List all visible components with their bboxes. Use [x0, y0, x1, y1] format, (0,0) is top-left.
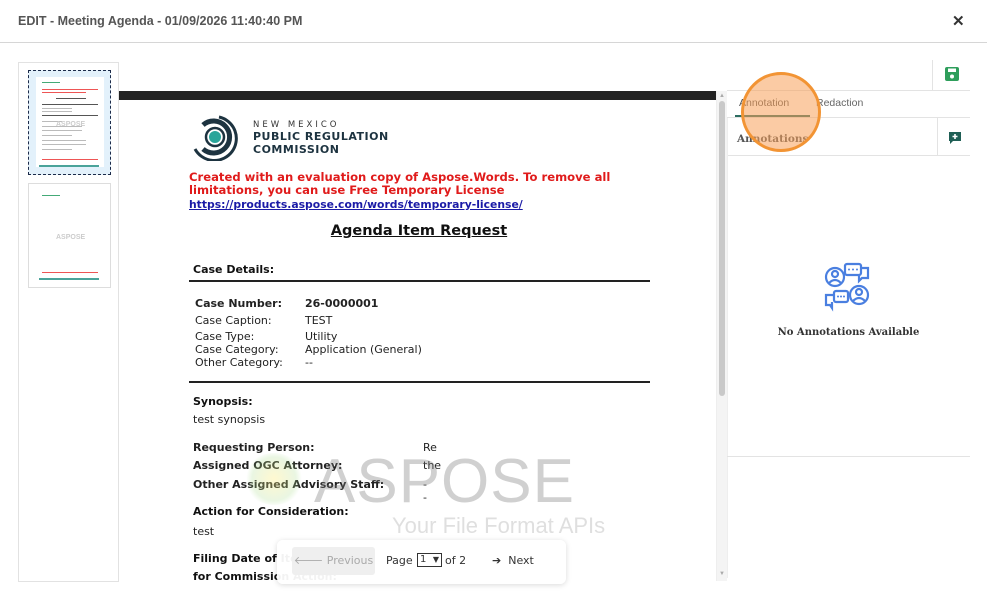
panel-tabs: Annotation Redaction [727, 91, 970, 118]
thumbnail-page-2[interactable]: ASPOSE [28, 183, 111, 288]
active-tab-indicator [735, 115, 810, 117]
page-select[interactable]: 1▼ [417, 553, 442, 567]
close-icon[interactable]: ✕ [952, 12, 965, 30]
case-details-heading: Case Details: [193, 263, 274, 276]
window-title: EDIT - Meeting Agenda - 01/09/2026 11:40… [18, 14, 302, 28]
document-title: Agenda Item Request [189, 223, 649, 239]
org-line-2: PUBLIC REGULATION [253, 130, 389, 143]
annotations-label: Annotations [737, 133, 808, 145]
panel-border [727, 118, 728, 578]
divider [189, 381, 650, 383]
previous-page-button[interactable]: 🡐 Previous [292, 547, 375, 575]
scrollbar-thumb[interactable] [719, 101, 725, 396]
case-category-row: Case Category:Application (General) [195, 343, 422, 356]
org-line-3: COMMISSION [253, 143, 339, 156]
arrow-right-icon: ➔ [492, 554, 501, 567]
empty-message: No Annotations Available [727, 327, 970, 338]
document-viewer[interactable]: NEW MEXICO PUBLIC REGULATION COMMISSION … [119, 91, 727, 581]
watermark-subtext: Your File Format APIs [392, 513, 605, 539]
watermark-text: ASPOSE [314, 446, 575, 517]
annotations-header: Annotations [727, 118, 970, 156]
case-type-row: Case Type:Utility [195, 330, 337, 343]
scroll-up-arrow-icon[interactable]: ▲ [719, 93, 725, 99]
document-scrollbar[interactable]: ▲ ▼ [716, 91, 727, 581]
thumbnail-panel: ASPOSE ASPOSE [18, 62, 119, 582]
page-top-edge [119, 91, 717, 100]
case-number-row: Case Number:26-0000001 [195, 297, 378, 310]
case-caption-row: Case Caption:TEST [195, 314, 332, 327]
tab-annotation[interactable]: Annotation [739, 97, 789, 109]
next-page-button[interactable]: ➔ Next [492, 554, 534, 567]
divider [189, 280, 650, 282]
page-navigator: 🡐 Previous Page 1▼ of 2 ➔ Next [277, 540, 566, 584]
window-header: EDIT - Meeting Agenda - 01/09/2026 11:40… [0, 0, 987, 43]
org-line-1: NEW MEXICO [253, 120, 340, 130]
thumbnail-watermark: ASPOSE [56, 234, 85, 241]
evaluation-notice: Created with an evaluation copy of Aspos… [189, 171, 639, 197]
watermark-logo-icon [244, 453, 304, 505]
page-count: of 2 [445, 554, 466, 567]
save-icon [945, 67, 959, 81]
page-label: Page [386, 554, 413, 567]
scroll-down-arrow-icon[interactable]: ▼ [719, 571, 725, 577]
tab-redaction[interactable]: Redaction [816, 97, 863, 109]
prc-logo-icon [189, 113, 243, 161]
chevron-down-icon: ▼ [433, 554, 439, 566]
synopsis-value: test synopsis [193, 413, 265, 426]
divider [727, 456, 970, 457]
synopsis-heading: Synopsis: [193, 395, 253, 408]
license-link[interactable]: https://products.aspose.com/words/tempor… [189, 198, 523, 211]
other-category-row: Other Category:-- [195, 356, 313, 369]
add-comment-icon [948, 131, 962, 145]
requesting-person-row: Requesting Person:Re [193, 441, 315, 454]
conversation-icon [822, 262, 876, 312]
thumbnail-watermark: ASPOSE [56, 121, 85, 128]
save-button[interactable] [932, 60, 970, 90]
thumbnail-page-1[interactable]: ASPOSE [28, 70, 111, 175]
add-annotation-button[interactable] [937, 118, 970, 156]
action-value: test [193, 525, 214, 538]
